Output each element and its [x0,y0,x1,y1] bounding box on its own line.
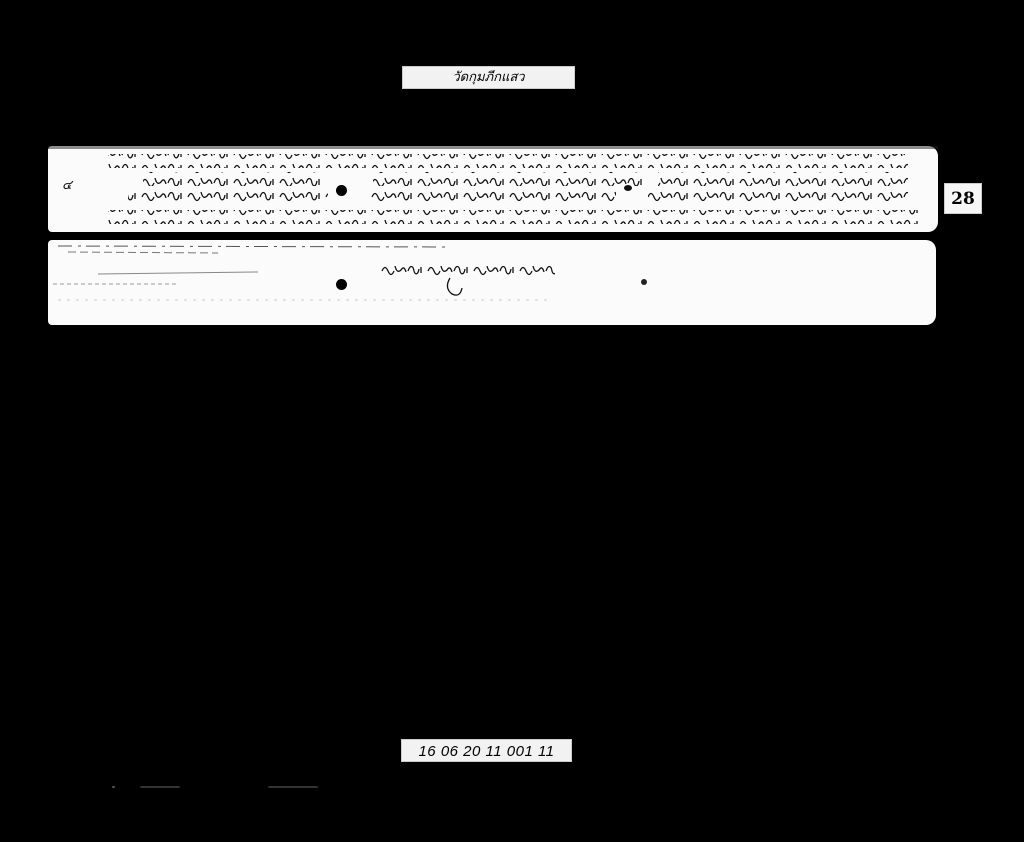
film-speck [140,786,180,788]
binding-hole [336,279,347,290]
palm-leaf-recto: ๔ [Tai Tham script line 1] [Tai Tham scr… [48,146,938,232]
microfilm-id-label: 16 06 20 11 001 11 [401,739,572,762]
film-speck [112,786,115,788]
leaf-title-script [380,262,570,302]
manuscript-text-lines [48,146,938,232]
film-speck [268,786,318,788]
palm-leaf-verso: [Tai Tham script title] [48,240,936,325]
leaf-margin-numeral: ๔ [62,174,72,195]
page-number: 28 [944,183,982,214]
header-label: วัดกุมภีกแสว [402,66,575,89]
